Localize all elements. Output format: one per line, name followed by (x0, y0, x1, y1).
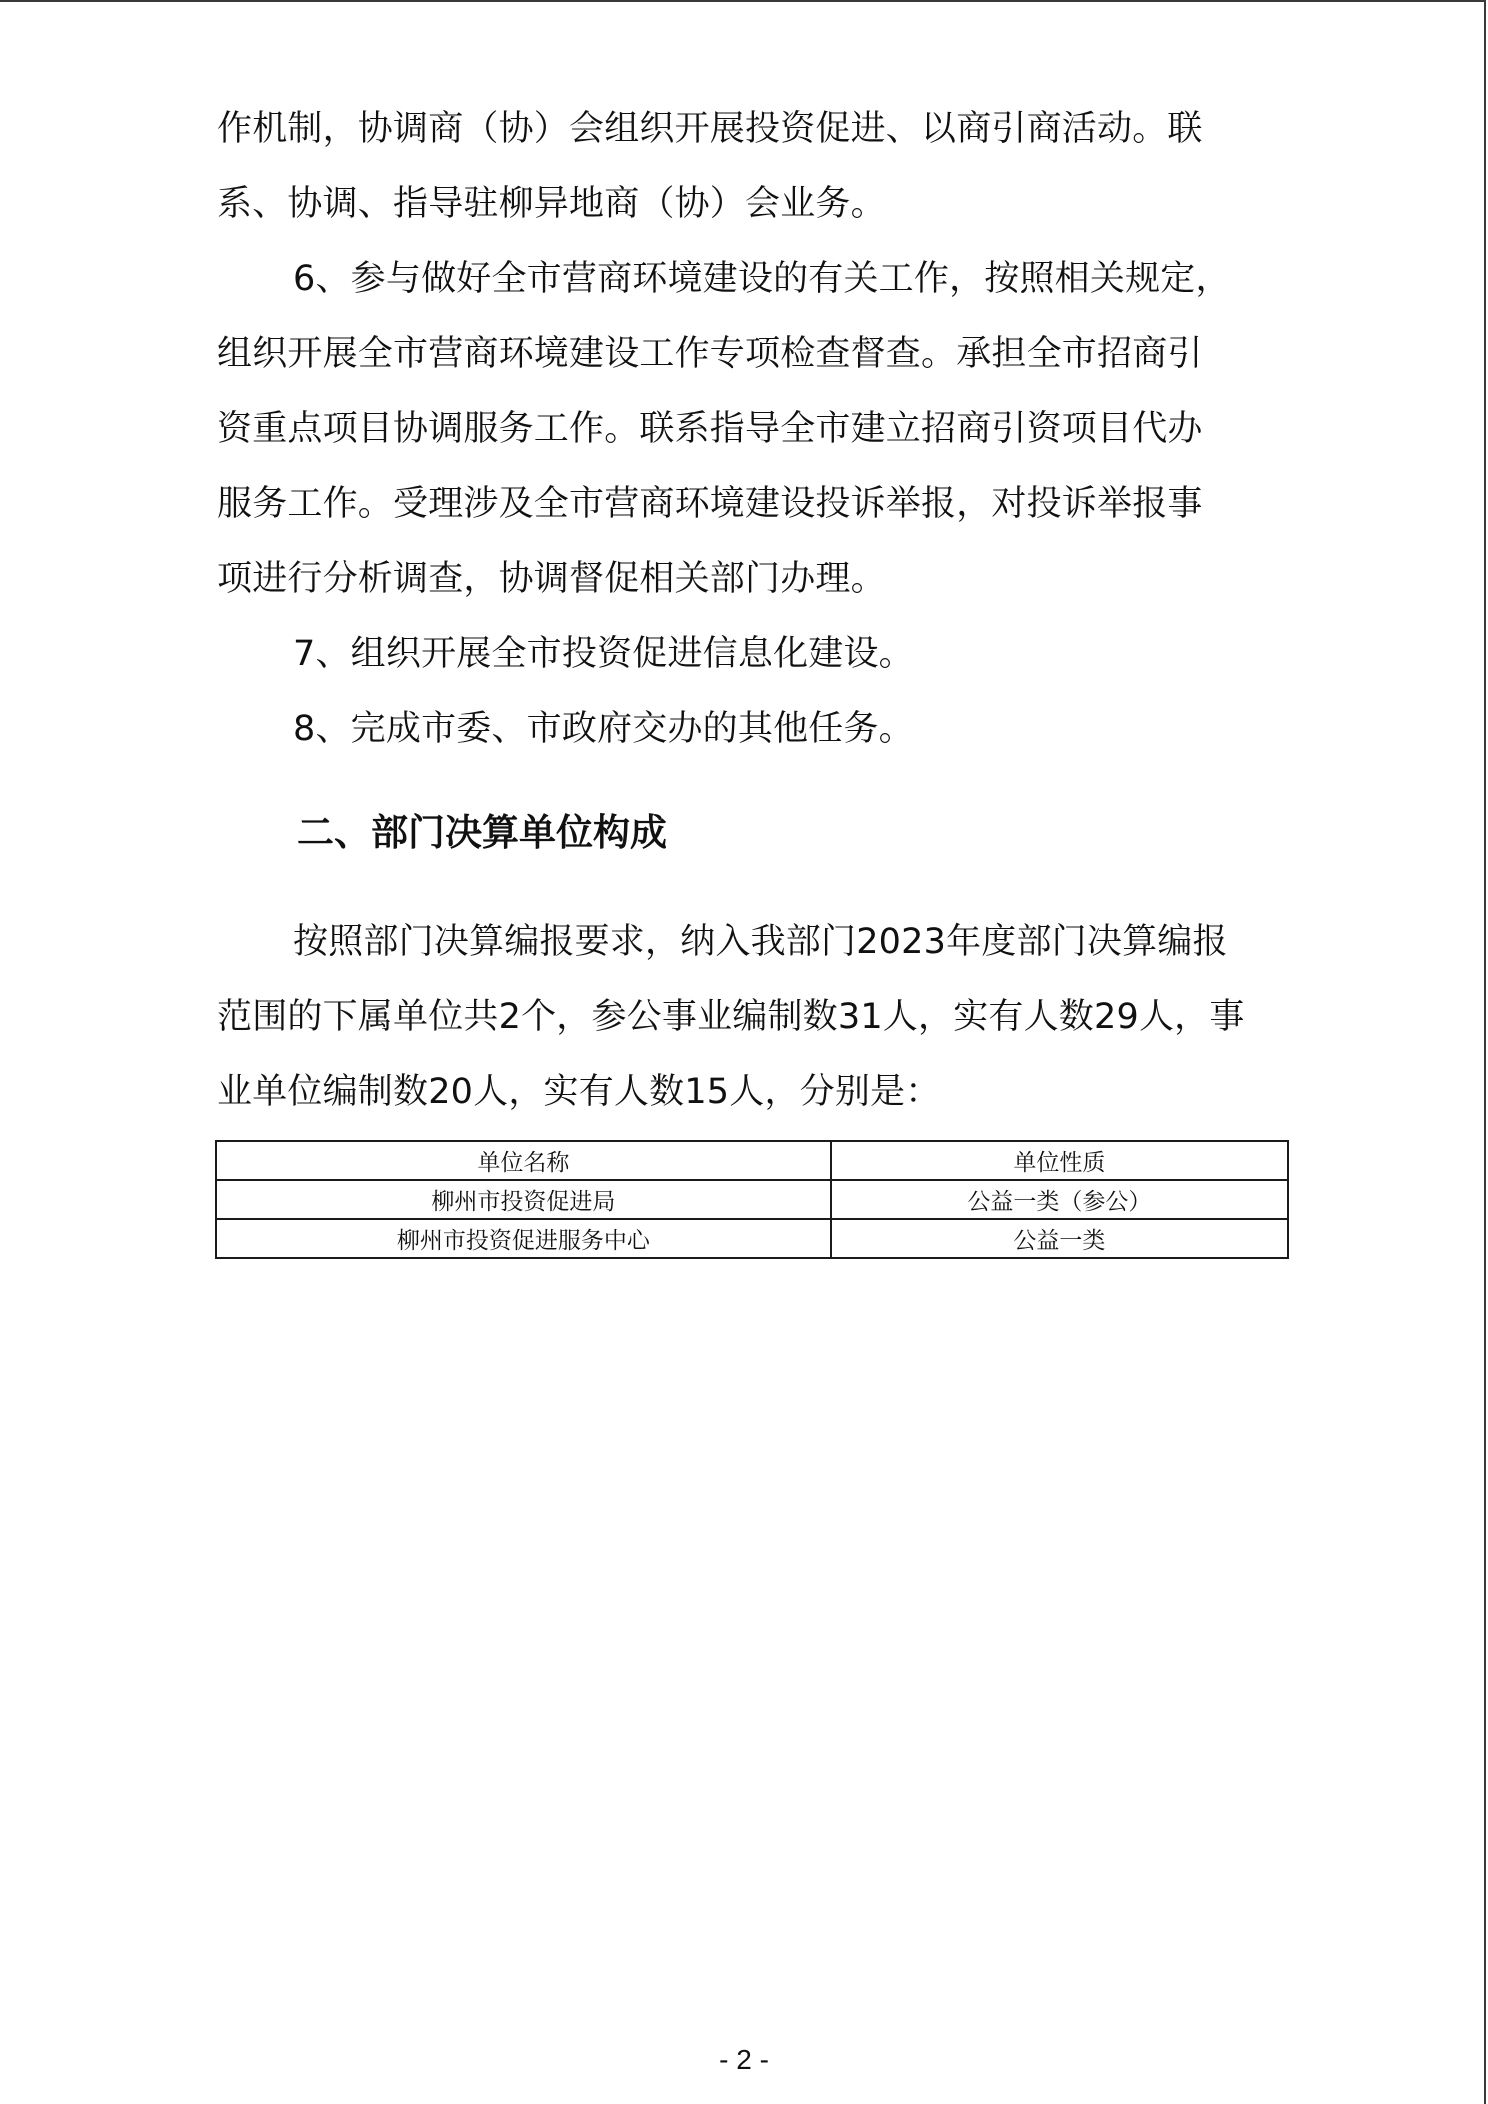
text-line: 8、完成市委、市政府交办的其他任务。 (217, 692, 1288, 767)
paragraph-duty-8: 8、完成市委、市政府交办的其他任务。 (217, 692, 1288, 767)
table-header-row: 单位名称 单位性质 (216, 1141, 1288, 1180)
text-line: 按照部门决算编报要求，纳入我部门2023年度部门决算编报 (217, 905, 1288, 980)
page-number: - 2 - (0, 2044, 1488, 2076)
header-unit-nature: 单位性质 (831, 1141, 1288, 1180)
text-line: 资重点项目协调服务工作。联系指导全市建立招商引资项目代办 (217, 392, 1288, 467)
text-line: 业单位编制数20人，实有人数15人，分别是： (217, 1055, 1288, 1130)
text-line: 6、参与做好全市营商环境建设的有关工作，按照相关规定， (217, 242, 1288, 317)
paragraph-unit-composition: 按照部门决算编报要求，纳入我部门2023年度部门决算编报 范围的下属单位共2个，… (217, 905, 1288, 1130)
paragraph-duty-6: 6、参与做好全市营商环境建设的有关工作，按照相关规定， 组织开展全市营商环境建设… (217, 242, 1288, 617)
text-line: 7、组织开展全市投资促进信息化建设。 (217, 617, 1288, 692)
table-row: 柳州市投资促进服务中心 公益一类 (216, 1219, 1288, 1258)
cell-unit-name: 柳州市投资促进局 (216, 1180, 831, 1219)
table-row: 柳州市投资促进局 公益一类（参公） (216, 1180, 1288, 1219)
text-line: 作机制，协调商（协）会组织开展投资促进、以商引商活动。联 (217, 92, 1288, 167)
text-line: 组织开展全市营商环境建设工作专项检查督查。承担全市招商引 (217, 317, 1288, 392)
paragraph-duties-continued: 作机制，协调商（协）会组织开展投资促进、以商引商活动。联 系、协调、指导驻柳异地… (217, 92, 1288, 242)
cell-unit-nature: 公益一类（参公） (831, 1180, 1288, 1219)
text-line: 范围的下属单位共2个，参公事业编制数31人，实有人数29人，事 (217, 980, 1288, 1055)
unit-table: 单位名称 单位性质 柳州市投资促进局 公益一类（参公） 柳州市投资促进服务中心 … (215, 1140, 1289, 1259)
header-unit-name: 单位名称 (216, 1141, 831, 1180)
text-line: 服务工作。受理涉及全市营商环境建设投诉举报，对投诉举报事 (217, 467, 1288, 542)
text-line: 系、协调、指导驻柳异地商（协）会业务。 (217, 167, 1288, 242)
cell-unit-nature: 公益一类 (831, 1219, 1288, 1258)
text-line: 项进行分析调查，协调督促相关部门办理。 (217, 542, 1288, 617)
section-heading: 二、部门决算单位构成 (217, 803, 1288, 863)
paragraph-duty-7: 7、组织开展全市投资促进信息化建设。 (217, 617, 1288, 692)
document-body: 作机制，协调商（协）会组织开展投资促进、以商引商活动。联 系、协调、指导驻柳异地… (217, 92, 1288, 1130)
cell-unit-name: 柳州市投资促进服务中心 (216, 1219, 831, 1258)
